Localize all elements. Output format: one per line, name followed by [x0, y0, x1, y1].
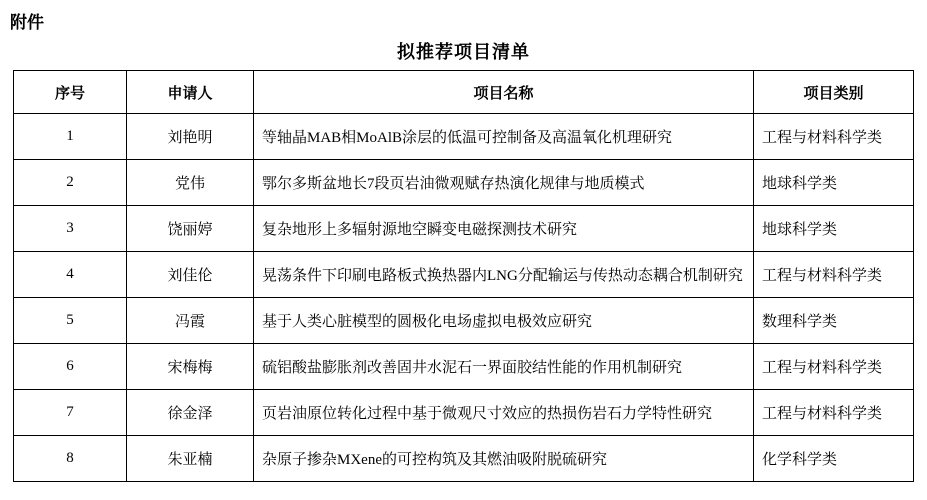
- project-name-cell: 等轴晶MAB相MoAlB涂层的低温可控制备及高温氧化机理研究: [254, 114, 754, 160]
- applicant-cell: 饶丽婷: [127, 206, 254, 252]
- table-row: 2 党伟 鄂尔多斯盆地长7段页岩油微观赋存热演化规律与地质模式 地球科学类: [14, 160, 914, 206]
- category-cell: 化学科学类: [754, 436, 914, 482]
- category-cell: 地球科学类: [754, 206, 914, 252]
- row-number-cell: 2: [14, 160, 127, 206]
- row-number-cell: 5: [14, 298, 127, 344]
- recommended-projects-table: 序号 申请人 项目名称 项目类别 1 刘艳明 等轴晶MAB相MoAlB涂层的低温…: [13, 70, 914, 482]
- table-row: 1 刘艳明 等轴晶MAB相MoAlB涂层的低温可控制备及高温氧化机理研究 工程与…: [14, 114, 914, 160]
- applicant-cell: 冯霞: [127, 298, 254, 344]
- applicant-cell: 徐金泽: [127, 390, 254, 436]
- category-cell: 工程与材料科学类: [754, 114, 914, 160]
- applicant-cell: 刘艳明: [127, 114, 254, 160]
- applicant-cell: 宋梅梅: [127, 344, 254, 390]
- project-name-cell: 鄂尔多斯盆地长7段页岩油微观赋存热演化规律与地质模式: [254, 160, 754, 206]
- row-number-cell: 4: [14, 252, 127, 298]
- page-title: 拟推荐项目清单: [0, 38, 927, 64]
- table-header-row: 序号 申请人 项目名称 项目类别: [14, 71, 914, 114]
- attachment-label: 附件: [10, 8, 44, 33]
- header-project-category: 项目类别: [754, 71, 914, 114]
- project-name-cell: 页岩油原位转化过程中基于微观尺寸效应的热损伤岩石力学特性研究: [254, 390, 754, 436]
- table-row: 5 冯霞 基于人类心脏模型的圆极化电场虚拟电极效应研究 数理科学类: [14, 298, 914, 344]
- category-cell: 工程与材料科学类: [754, 344, 914, 390]
- project-name-cell: 复杂地形上多辐射源地空瞬变电磁探测技术研究: [254, 206, 754, 252]
- applicant-cell: 刘佳伦: [127, 252, 254, 298]
- row-number-cell: 6: [14, 344, 127, 390]
- table-row: 8 朱亚楠 杂原子掺杂MXene的可控构筑及其燃油吸附脱硫研究 化学科学类: [14, 436, 914, 482]
- table-row: 7 徐金泽 页岩油原位转化过程中基于微观尺寸效应的热损伤岩石力学特性研究 工程与…: [14, 390, 914, 436]
- project-name-cell: 基于人类心脏模型的圆极化电场虚拟电极效应研究: [254, 298, 754, 344]
- row-number-cell: 8: [14, 436, 127, 482]
- project-name-cell: 硫铝酸盐膨胀剂改善固井水泥石一界面胶结性能的作用机制研究: [254, 344, 754, 390]
- header-serial-number: 序号: [14, 71, 127, 114]
- header-project-name: 项目名称: [254, 71, 754, 114]
- row-number-cell: 7: [14, 390, 127, 436]
- table-row: 4 刘佳伦 晃荡条件下印刷电路板式换热器内LNG分配输运与传热动态耦合机制研究 …: [14, 252, 914, 298]
- category-cell: 数理科学类: [754, 298, 914, 344]
- project-name-cell: 晃荡条件下印刷电路板式换热器内LNG分配输运与传热动态耦合机制研究: [254, 252, 754, 298]
- row-number-cell: 3: [14, 206, 127, 252]
- header-applicant: 申请人: [127, 71, 254, 114]
- project-name-cell: 杂原子掺杂MXene的可控构筑及其燃油吸附脱硫研究: [254, 436, 754, 482]
- category-cell: 地球科学类: [754, 160, 914, 206]
- row-number-cell: 1: [14, 114, 127, 160]
- table-row: 6 宋梅梅 硫铝酸盐膨胀剂改善固井水泥石一界面胶结性能的作用机制研究 工程与材料…: [14, 344, 914, 390]
- applicant-cell: 党伟: [127, 160, 254, 206]
- category-cell: 工程与材料科学类: [754, 252, 914, 298]
- table-row: 3 饶丽婷 复杂地形上多辐射源地空瞬变电磁探测技术研究 地球科学类: [14, 206, 914, 252]
- category-cell: 工程与材料科学类: [754, 390, 914, 436]
- applicant-cell: 朱亚楠: [127, 436, 254, 482]
